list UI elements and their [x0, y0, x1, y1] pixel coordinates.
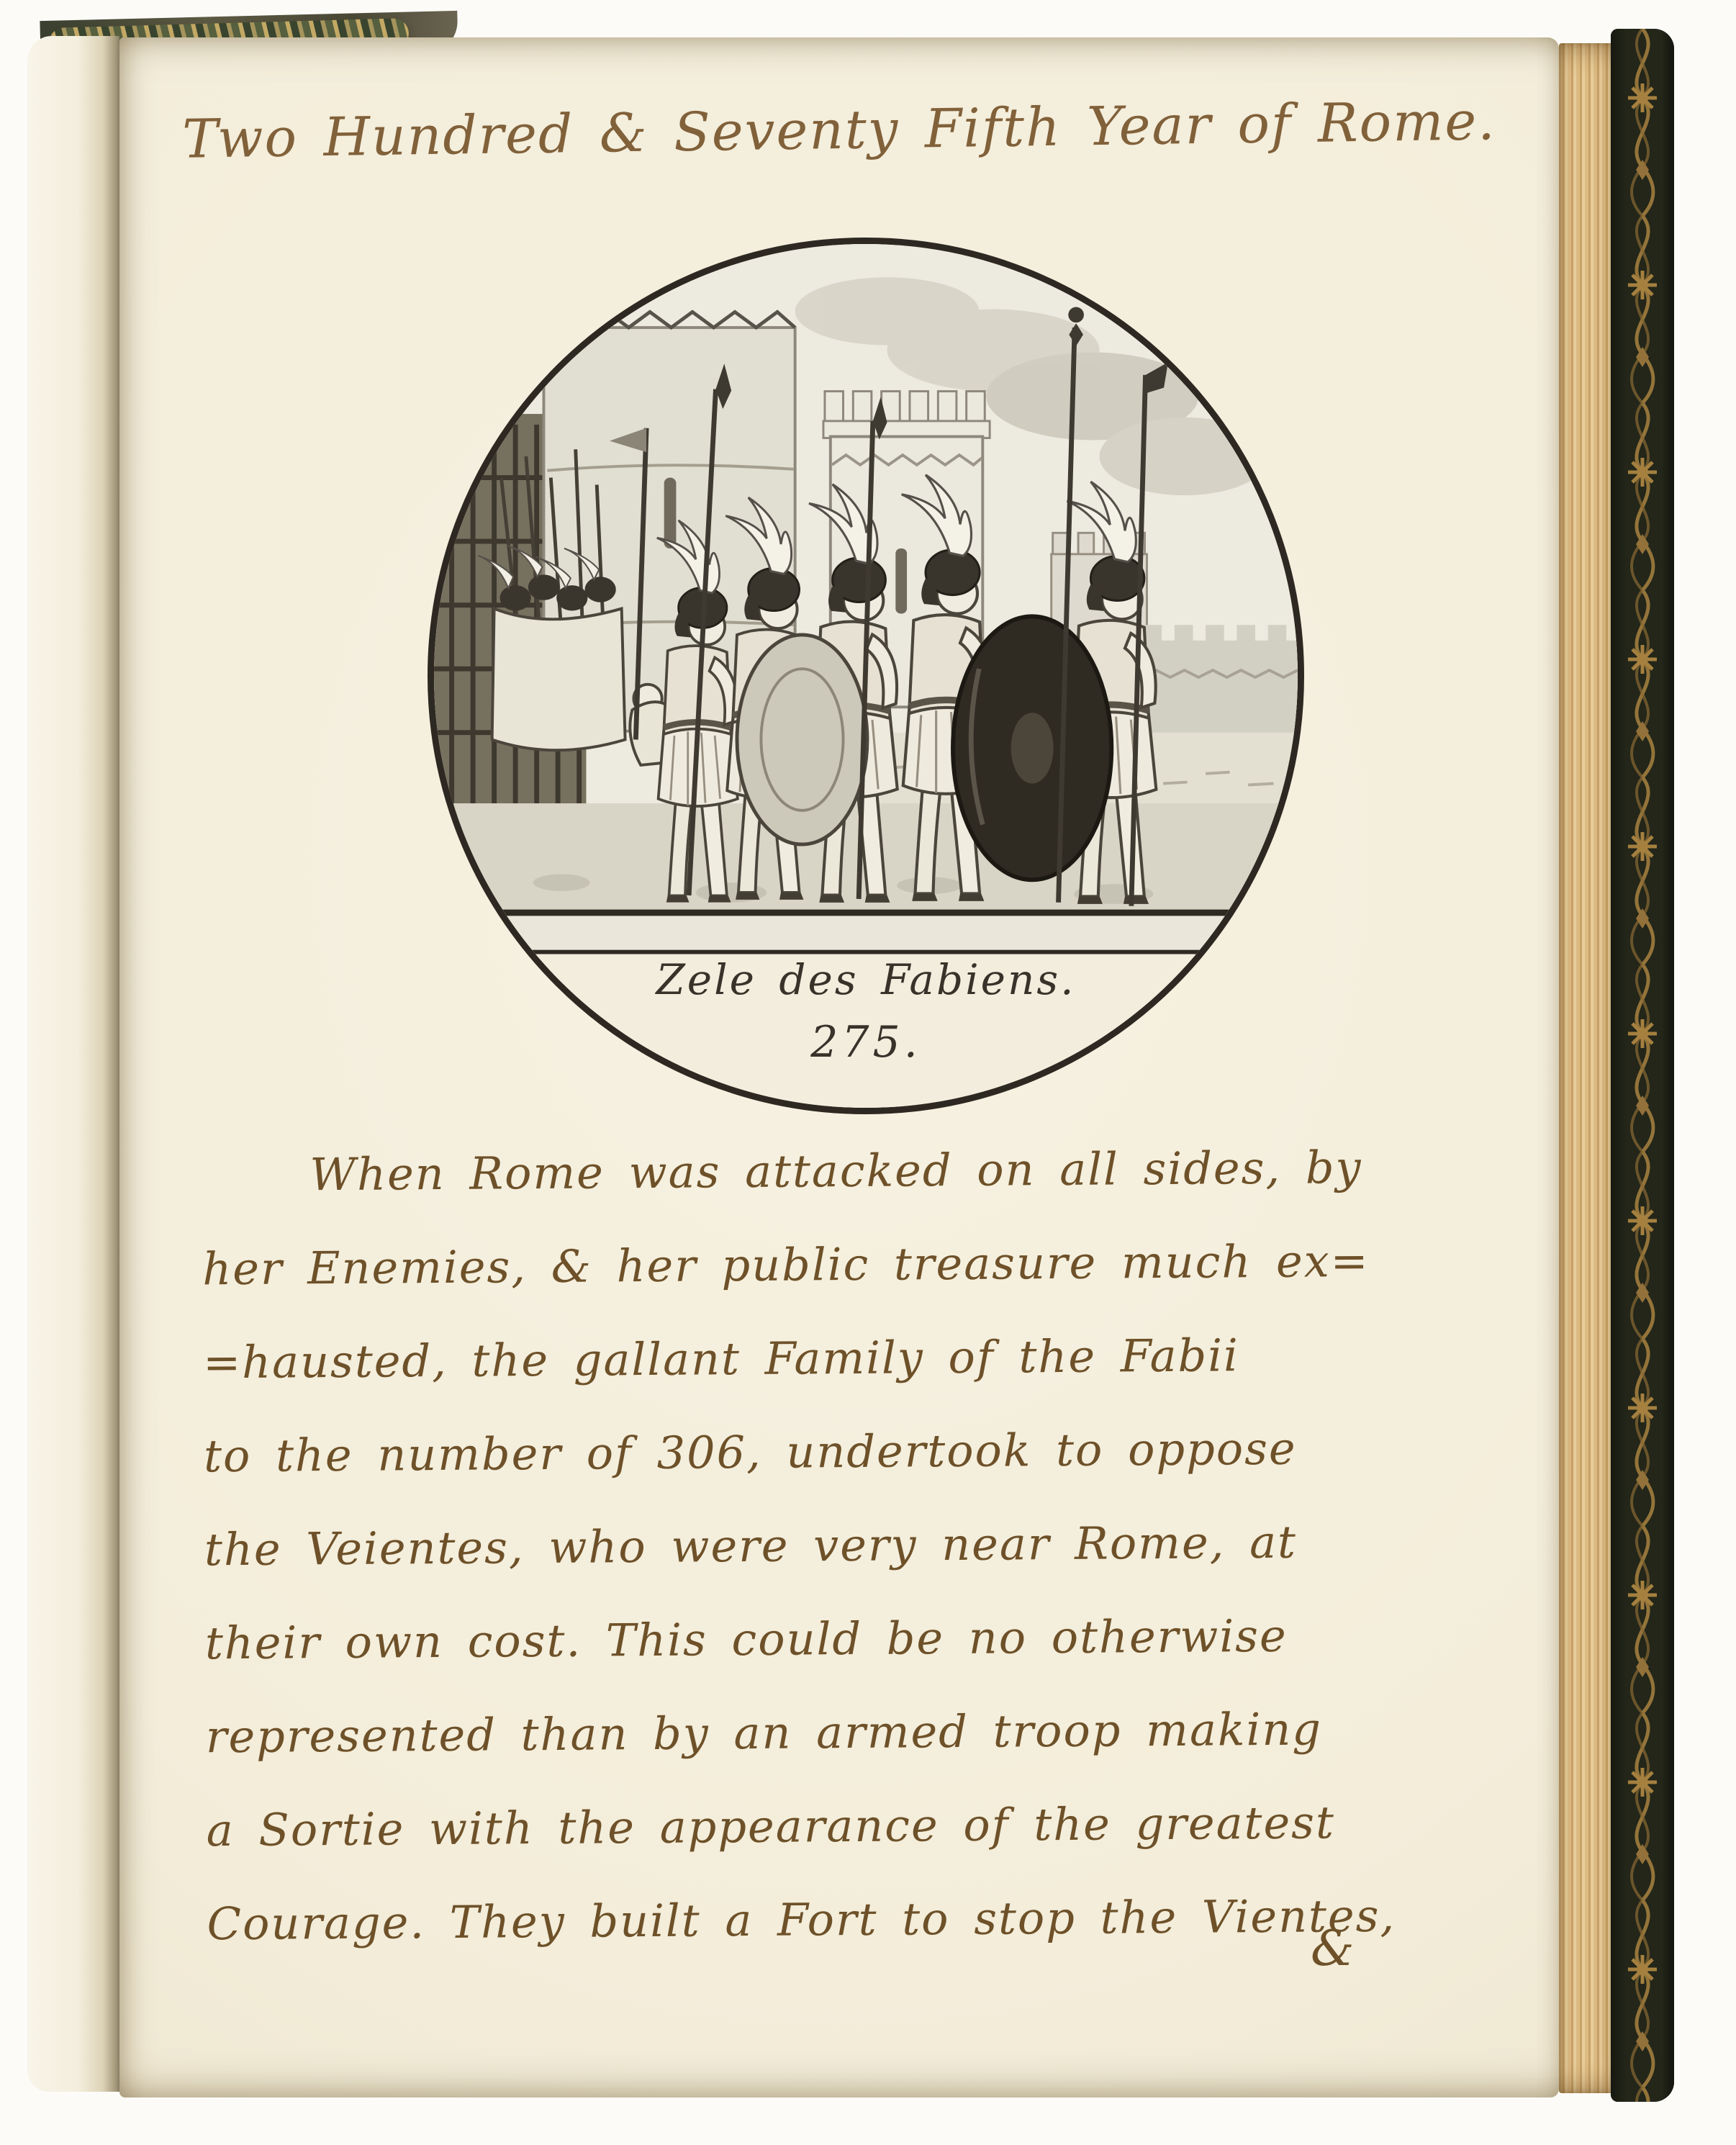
- circular-illustration: Zele des Fabiens. 275.: [428, 238, 1304, 1114]
- text-line: represented than by an armed troop makin…: [205, 1681, 1509, 1784]
- open-book: Two Hundred & Seventy Fifth Year of Rome…: [27, 16, 1674, 2103]
- text-line: the Veientes, who were very near Rome, a…: [204, 1494, 1508, 1597]
- plinth: [434, 910, 1298, 1108]
- previous-page-edge: [27, 36, 119, 2092]
- page-fore-edges: [1559, 43, 1611, 2093]
- text-line: When Rome was attacked on all sides, by: [202, 1120, 1505, 1223]
- gilt-tooling: [1611, 29, 1674, 2102]
- text-line: their own cost. This could be no otherwi…: [204, 1588, 1508, 1691]
- text-line: =hausted, the gallant Family of the Fabi…: [203, 1307, 1506, 1410]
- illustration-number: 275.: [434, 1017, 1298, 1067]
- text-line: a Sortie with the appearance of the grea…: [206, 1775, 1509, 1878]
- catchword: &: [1311, 1920, 1355, 1977]
- binding-board: [1611, 29, 1674, 2102]
- page-title: Two Hundred & Seventy Fifth Year of Rome…: [119, 89, 1559, 171]
- text-line: her Enemies, & her public treasure much …: [202, 1214, 1506, 1317]
- manuscript-text: When Rome was attacked on all sides, by …: [202, 1120, 1510, 1972]
- illustration-caption: Zele des Fabiens.: [434, 955, 1298, 1004]
- manuscript-page: Two Hundred & Seventy Fifth Year of Rome…: [119, 37, 1559, 2097]
- text-line: to the number of 306, undertook to oppos…: [204, 1401, 1507, 1504]
